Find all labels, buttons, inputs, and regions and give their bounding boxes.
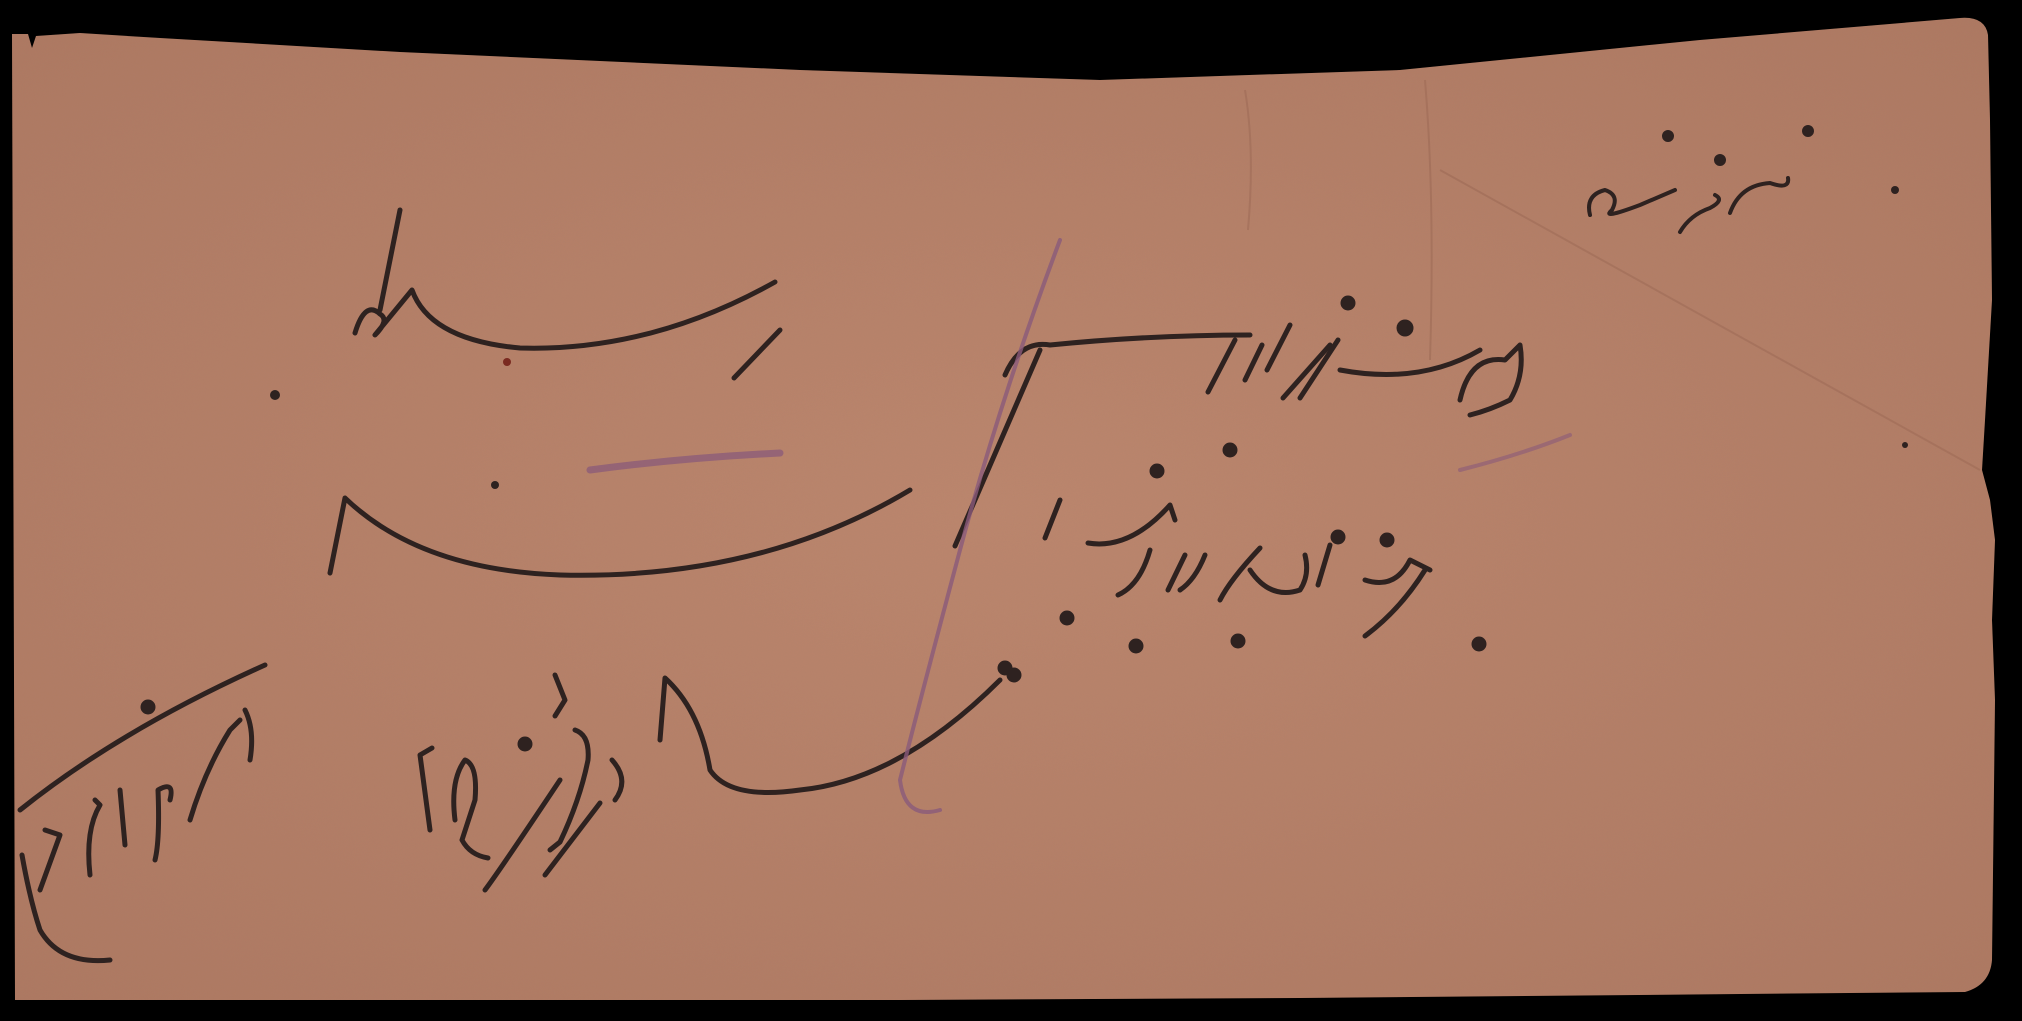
red-speck <box>503 358 511 366</box>
scan-frame: ملاحظه شد لطیفت توراد را محمد شده با کمی… <box>0 0 2022 1021</box>
manuscript-image <box>0 0 2022 1021</box>
